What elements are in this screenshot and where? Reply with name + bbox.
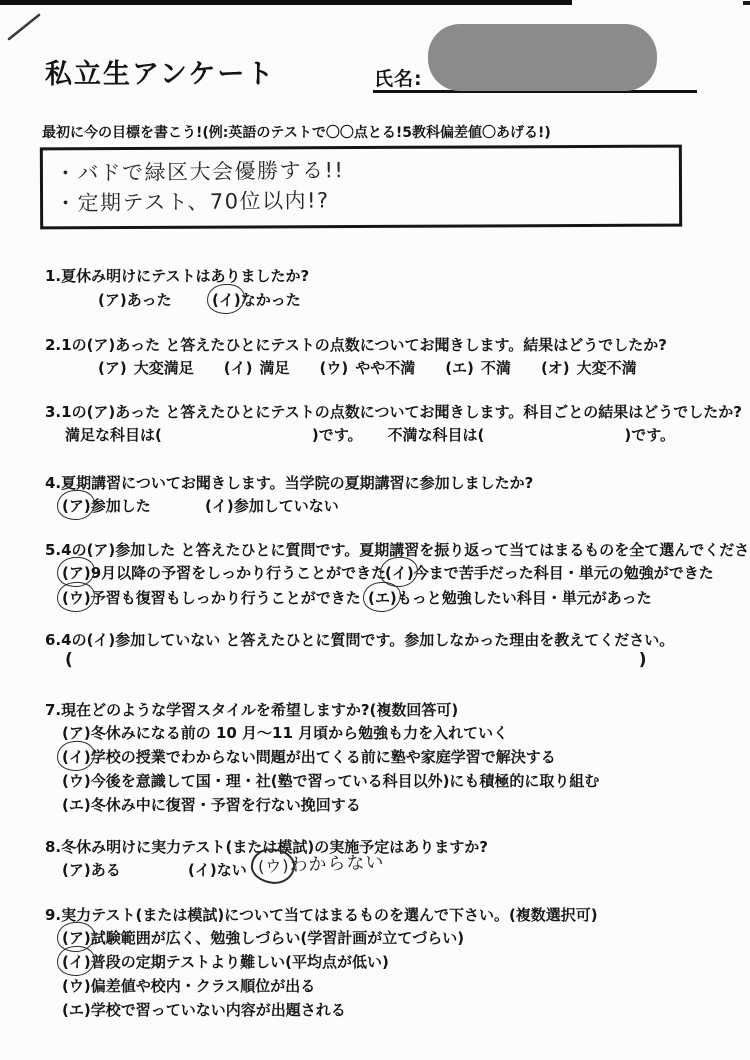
- q7-option-i-marker: (イ): [62, 747, 91, 767]
- pen-slash-mark: [6, 10, 44, 44]
- goal-instruction: 最初に今の目標を書こう!(例:英語のテストで〇〇点とる!5教科偏差値〇あげる!): [42, 122, 551, 142]
- question-8-text: 8.冬休み明けに実力テスト(または模試)の実施予定はありますか?: [45, 837, 488, 857]
- q2-option-i-label: 満足: [259, 359, 289, 377]
- q5-option-a-label: 9月以降の予習をしっかり行うことができた: [91, 564, 386, 582]
- q5-option-i-label: 今まで苦手だった科目・単元の勉強ができた: [414, 564, 714, 582]
- question-5-text: 5.4の(ア)参加した と答えたひとに質問です。夏期講習を振り返って当てはまるも…: [45, 540, 750, 560]
- q8-option-u-label: わからない: [289, 852, 385, 876]
- question-3-text: 3.1の(ア)あった と答えたひとにテストの点数についてお聞きします。科目ごとの…: [45, 402, 742, 422]
- q8-option-i[interactable]: (イ)ない: [188, 860, 247, 880]
- question-4-text: 4.夏期講習についてお聞きします。当学院の夏期講習に参加しましたか?: [45, 473, 533, 493]
- q2-option-o-label: 大変不満: [577, 359, 637, 377]
- q4-option-i-marker: (イ): [205, 496, 234, 516]
- q5-option-a[interactable]: (ア)9月以降の予習をしっかり行うことができた: [62, 563, 386, 583]
- question-2-text: 2.1の(ア)あった と答えたひとにテストの点数についてお聞きします。結果はどう…: [45, 335, 667, 355]
- q2-option-a-marker: (ア): [98, 358, 127, 378]
- q2-option-i-marker: (イ): [224, 358, 253, 378]
- q2-option-e-marker: (エ): [445, 358, 474, 378]
- question-1-text: 1.夏休み明けにテストはありましたか?: [45, 266, 309, 286]
- q1-option-a-marker: (ア): [98, 290, 127, 310]
- q1-option-i[interactable]: (イ)なかった: [212, 290, 301, 310]
- q7-option-e[interactable]: (エ)冬休み中に復習・予習を行ない挽回する: [62, 795, 361, 815]
- q5-option-u-label: 予習も復習もしっかり行うことができた: [91, 589, 361, 607]
- q5-option-e-marker: (エ): [368, 588, 397, 608]
- q6-close-paren: ): [639, 650, 647, 670]
- q1-option-a-label: あった: [127, 291, 172, 309]
- q7-option-a[interactable]: (ア)冬休みになる前の 10 月〜11 月頃から勉強も力を入れていく: [62, 723, 508, 743]
- q9-option-u-marker: (ウ): [62, 976, 91, 996]
- q7-option-a-marker: (ア): [62, 723, 91, 743]
- q4-option-a-label: 参加した: [91, 497, 151, 515]
- q5-option-i[interactable]: (イ)今まで苦手だった科目・単元の勉強ができた: [385, 563, 714, 583]
- q7-option-i-label: 学校の授業でわからない問題が出てくる前に塾や家庭学習で解決する: [91, 748, 556, 766]
- q4-option-a-marker: (ア): [62, 496, 91, 516]
- q9-option-i-label: 普段の定期テストより難しい(平均点が低い): [91, 953, 389, 971]
- name-redaction: [428, 24, 657, 91]
- q9-option-a-label: 試験範囲が広く、勉強しづらい(学習計画が立てづらい): [91, 929, 464, 947]
- q5-option-i-marker: (イ): [385, 563, 414, 583]
- q2-option-a-label: 大変満足: [134, 359, 194, 377]
- q1-option-i-marker: (イ): [212, 290, 241, 310]
- q2-option-o-marker: (オ): [541, 358, 570, 378]
- goal-line-2: ・定期テスト、70位以内!?: [55, 182, 667, 219]
- q9-option-u[interactable]: (ウ)偏差値や校内・クラス順位が出る: [62, 976, 315, 996]
- q2-option-i[interactable]: (イ)満足: [224, 358, 290, 378]
- q8-option-u-handwritten[interactable]: (ウ)わからない: [258, 853, 385, 877]
- q2-options: (ア)大変満足 (イ)満足 (ウ)やや不満 (エ)不満 (オ)大変不満: [98, 358, 637, 378]
- q7-option-u-label: 今後を意識して国・理・社(塾で習っている科目以外)にも積極的に取り組む: [91, 772, 600, 790]
- goal-input-box[interactable]: ・バドで緑区大会優勝する!! ・定期テスト、70位以内!?: [40, 145, 682, 230]
- q3-blanks-line: 満足な科目は()です。不満な科目は()です。: [65, 425, 675, 445]
- q9-option-e-marker: (エ): [62, 1000, 91, 1020]
- page-title: 私立生アンケート: [45, 52, 275, 91]
- q7-option-u-marker: (ウ): [62, 771, 91, 791]
- scan-corner-mark: [743, 1, 750, 5]
- question-7-text: 7.現在どのような学習スタイルを希望しますか?(複数回答可): [45, 700, 458, 720]
- q9-option-e[interactable]: (エ)学校で習っていない内容が出題される: [62, 1000, 346, 1020]
- q7-option-e-label: 冬休み中に復習・予習を行ない挽回する: [91, 796, 361, 814]
- q3-unsatisfied-suffix: )です。: [624, 426, 675, 444]
- q7-option-u[interactable]: (ウ)今後を意識して国・理・社(塾で習っている科目以外)にも積極的に取り組む: [62, 771, 599, 791]
- q1-option-i-label: なかった: [241, 291, 301, 309]
- scan-edge-line: [0, 0, 572, 5]
- q5-option-u-marker: (ウ): [62, 588, 91, 608]
- q7-option-e-marker: (エ): [62, 795, 91, 815]
- q7-option-a-label: 冬休みになる前の 10 月〜11 月頃から勉強も力を入れていく: [91, 724, 508, 742]
- q9-option-i-marker: (イ): [62, 952, 91, 972]
- q2-option-o[interactable]: (オ)大変不満: [541, 358, 637, 378]
- name-label: 氏名:: [374, 64, 423, 91]
- q2-option-u-marker: (ウ): [319, 358, 348, 378]
- q6-open-paren: (: [65, 650, 73, 670]
- q8-option-u-marker: (ウ): [258, 856, 290, 877]
- q5-option-u[interactable]: (ウ)予習も復習もしっかり行うことができた: [62, 588, 361, 608]
- q4-option-i-label: 参加していない: [234, 497, 339, 515]
- q3-satisfied-suffix: )です。: [312, 426, 363, 444]
- q8-option-a-marker: (ア): [62, 860, 91, 880]
- q8-option-i-marker: (イ): [188, 860, 217, 880]
- q1-option-a[interactable]: (ア)あった: [98, 290, 172, 310]
- q8-option-i-label: ない: [217, 861, 247, 879]
- q3-satisfied-prefix: 満足な科目は(: [65, 426, 162, 444]
- q9-option-e-label: 学校で習っていない内容が出題される: [91, 1001, 346, 1019]
- q4-option-i[interactable]: (イ)参加していない: [205, 496, 339, 516]
- q5-option-e[interactable]: (エ)もっと勉強したい科目・単元があった: [368, 588, 652, 608]
- question-6-text: 6.4の(イ)参加していない と答えたひとに質問です。参加しなかった理由を教えて…: [45, 630, 674, 650]
- q4-option-a[interactable]: (ア)参加した: [62, 496, 151, 516]
- q8-option-a[interactable]: (ア)ある: [62, 860, 121, 880]
- question-9-text: 9.実力テスト(または模試)について当てはまるものを選んで下さい。(複数選択可): [45, 905, 598, 925]
- survey-page: 私立生アンケート 氏名: 最初に今の目標を書こう!(例:英語のテストで〇〇点とる…: [0, 0, 750, 1060]
- q9-option-a-marker: (ア): [62, 928, 91, 948]
- q5-option-a-marker: (ア): [62, 563, 91, 583]
- q7-option-i[interactable]: (イ)学校の授業でわからない問題が出てくる前に塾や家庭学習で解決する: [62, 747, 556, 767]
- q2-option-e-label: 不満: [481, 359, 511, 377]
- q9-option-a[interactable]: (ア)試験範囲が広く、勉強しづらい(学習計画が立てづらい): [62, 928, 464, 948]
- q2-option-u[interactable]: (ウ)やや不満: [319, 358, 415, 378]
- q5-option-e-label: もっと勉強したい科目・単元があった: [397, 589, 652, 607]
- q2-option-u-label: やや不満: [355, 359, 415, 377]
- q9-option-u-label: 偏差値や校内・クラス順位が出る: [91, 977, 316, 995]
- q2-option-a[interactable]: (ア)大変満足: [98, 358, 194, 378]
- q2-option-e[interactable]: (エ)不満: [445, 358, 511, 378]
- q6-reason-line: (): [65, 650, 647, 670]
- q3-unsatisfied-prefix: 不満な科目は(: [388, 426, 485, 444]
- q8-option-a-label: ある: [91, 861, 121, 879]
- q9-option-i[interactable]: (イ)普段の定期テストより難しい(平均点が低い): [62, 952, 389, 972]
